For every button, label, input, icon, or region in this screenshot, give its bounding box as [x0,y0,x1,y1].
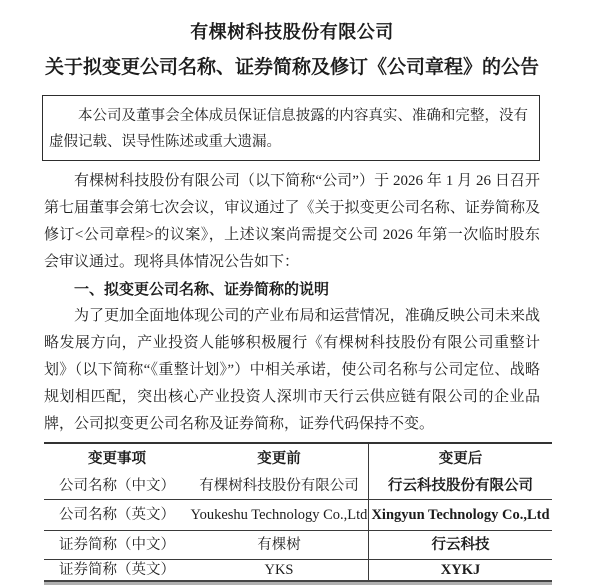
table-row: 证券简称（中文） 有棵树 行云科技 [44,531,552,560]
table-bottom-band [44,582,552,585]
announcement-page: 有棵树科技股份有限公司 关于拟变更公司名称、证券简称及修订《公司章程》的公告 本… [0,0,597,587]
page-subtitle: 关于拟变更公司名称、证券简称及修订《公司章程》的公告 [44,57,540,79]
table-row: 公司名称（中文） 有棵树科技股份有限公司 行云科技股份有限公司 [44,473,552,500]
cell-after: 行云科技股份有限公司 [368,473,552,499]
body-paragraph-1: 有棵树科技股份有限公司（以下简称“公司”）于 2026 年 1 月 26 日召开… [44,168,540,276]
cell-item: 公司名称（英文） [44,500,190,530]
disclaimer-text: 本公司及董事会全体成员保证信息披露的内容真实、准确和完整，没有虚假记载、误导性陈… [49,108,528,150]
cell-item: 证券简称（中文） [44,531,190,559]
disclaimer-box: 本公司及董事会全体成员保证信息披露的内容真实、准确和完整，没有虚假记载、误导性陈… [42,95,540,161]
cell-before: 有棵树科技股份有限公司 [190,473,368,499]
page-content: 有棵树科技股份有限公司 关于拟变更公司名称、证券简称及修订《公司章程》的公告 本… [44,0,540,585]
table-row: 证券简称（英文） YKS XYKJ [44,560,552,582]
cell-after: Xingyun Technology Co.,Ltd [368,500,552,530]
cell-before: Youkeshu Technology Co.,Ltd [190,500,368,530]
section-1-heading: 一、拟变更公司名称、证券简称的说明 [44,276,540,303]
table-header-row: 变更事项 变更前 变更后 [44,444,552,473]
table-row: 公司名称（英文） Youkeshu Technology Co.,Ltd Xin… [44,500,552,531]
header-after-change: 变更后 [368,444,552,473]
cell-after: XYKJ [368,560,552,580]
page-title: 有棵树科技股份有限公司 [44,0,540,42]
body-paragraph-2: 为了更加全面地体现公司的产业布局和运营情况，准确反映公司未来战略发展方向，产业投… [44,303,540,438]
cell-after: 行云科技 [368,531,552,559]
header-before-change: 变更前 [190,444,368,473]
change-table: 变更事项 变更前 变更后 公司名称（中文） 有棵树科技股份有限公司 行云科技股份… [44,442,552,585]
cell-before: YKS [190,560,368,580]
cell-item: 公司名称（中文） [44,473,190,499]
header-change-item: 变更事项 [44,444,190,473]
cell-item: 证券简称（英文） [44,560,190,580]
cell-before: 有棵树 [190,531,368,559]
